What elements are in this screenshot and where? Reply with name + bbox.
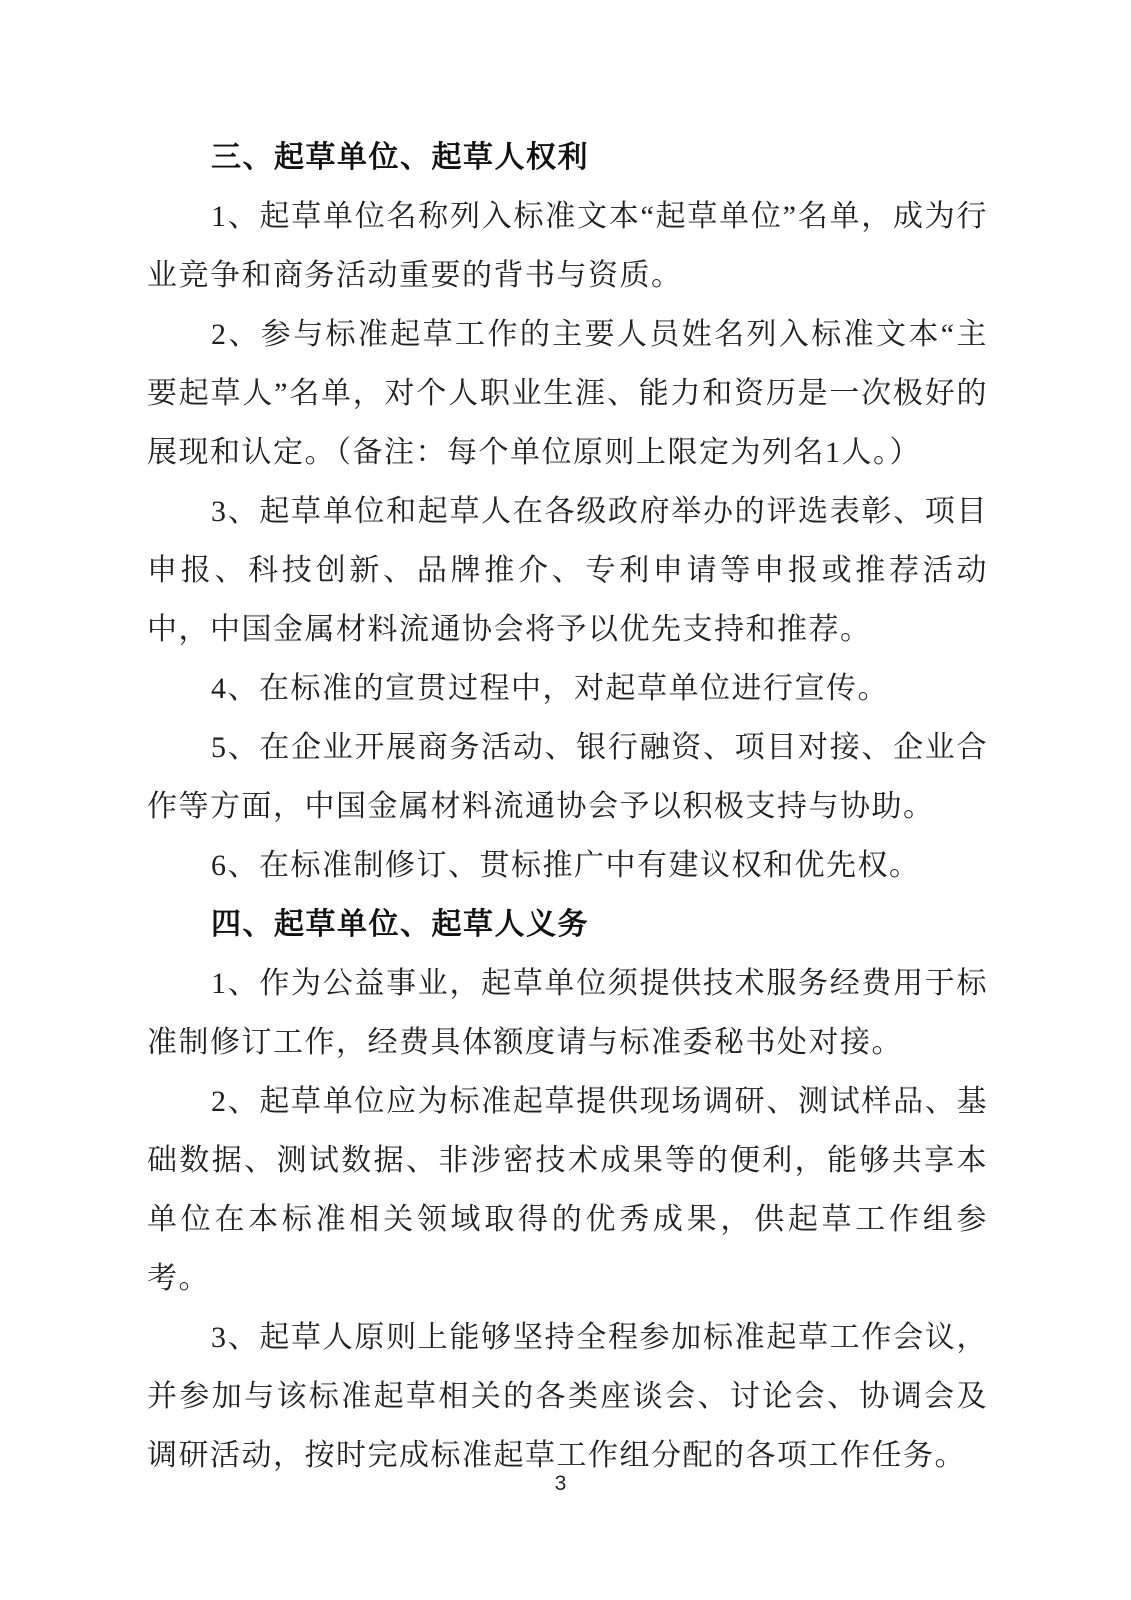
obligations-item-2: 2、起草单位应为标准起草提供现场调研、测试样品、基础数据、测试数据、非涉密技术成… (147, 1072, 988, 1308)
rights-item-4: 4、在标准的宣贯过程中，对起草单位进行宣传。 (147, 659, 988, 718)
section-obligations-heading: 四、起草单位、起草人义务 (147, 895, 988, 954)
rights-item-1: 1、起草单位名称列入标准文本“起草单位”名单，成为行业竞争和商务活动重要的背书与… (147, 187, 988, 305)
section-rights-heading: 三、起草单位、起草人权利 (147, 128, 988, 187)
page-number: 3 (0, 1472, 1121, 1496)
rights-item-2: 2、参与标准起草工作的主要人员姓名列入标准文本“主要起草人”名单，对个人职业生涯… (147, 305, 988, 482)
obligations-item-1: 1、作为公益事业，起草单位须提供技术服务经费用于标准制修订工作，经费具体额度请与… (147, 954, 988, 1072)
document-page: 三、起草单位、起草人权利 1、起草单位名称列入标准文本“起草单位”名单，成为行业… (0, 0, 1131, 1600)
obligations-item-3: 3、起草人原则上能够坚持全程参加标准起草工作会议，并参加与该标准起草相关的各类座… (147, 1308, 988, 1485)
rights-item-6: 6、在标准制修订、贯标推广中有建议权和优先权。 (147, 836, 988, 895)
rights-item-3: 3、起草单位和起草人在各级政府举办的评选表彰、项目申报、科技创新、品牌推介、专利… (147, 482, 988, 659)
rights-item-5: 5、在企业开展商务活动、银行融资、项目对接、企业合作等方面，中国金属材料流通协会… (147, 718, 988, 836)
